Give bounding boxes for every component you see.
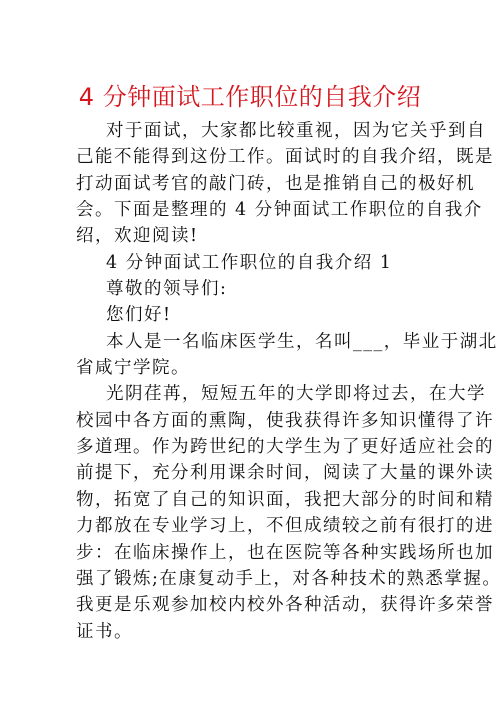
paragraph-line-intro-2: 己能不能得到这份工作。面试时的自我介绍，既是 <box>76 144 416 170</box>
greeting: 您们好! <box>76 302 416 328</box>
document-body: 对于面试，大家都比较重视，因为它关乎到自 己能不能得到这份工作。面试时的自我介绍… <box>76 118 416 645</box>
salutation: 尊敬的领导们: <box>76 276 416 302</box>
paragraph-line-study-9: 我更是乐观参加校内校外各种活动，获得许多荣誉 <box>76 592 416 618</box>
paragraph-line-study-5: 物，拓宽了自己的知识面，我把大部分的时间和精 <box>76 487 416 513</box>
paragraph-line-study-3: 多道理。作为跨世纪的大学生为了更好适应社会的 <box>76 434 416 460</box>
document-title: 4 分钟面试工作职位的自我介绍 <box>0 82 500 112</box>
paragraph-line-study-7: 步：在临床操作上，也在医院等各种实践场所也加 <box>76 540 416 566</box>
paragraph-line-self-2: 省咸宁学院。 <box>76 355 416 381</box>
section-heading: 4 分钟面试工作职位的自我介绍 1 <box>76 250 416 276</box>
paragraph-line-study-10: 证书。 <box>76 619 416 645</box>
paragraph-line-study-4: 前提下，充分利用课余时间，阅读了大量的课外读 <box>76 460 416 486</box>
paragraph-line-self-1: 本人是一名临床医学生，名叫___，毕业于湖北 <box>76 329 416 355</box>
paragraph-line-study-6: 力都放在专业学习上，不但成绩较之前有很打的进 <box>76 513 416 539</box>
paragraph-line-intro-4: 会。下面是整理的 4 分钟面试工作职位的自我介 <box>76 197 416 223</box>
paragraph-line-intro-5: 绍，欢迎阅读! <box>76 223 416 249</box>
paragraph-line-study-2: 校园中各方面的熏陶，使我获得许多知识懂得了许 <box>76 408 416 434</box>
document-page: 4 分钟面试工作职位的自我介绍 对于面试，大家都比较重视，因为它关乎到自 己能不… <box>0 0 500 707</box>
paragraph-line-intro-3: 打动面试考官的敲门砖，也是推销自己的极好机 <box>76 171 416 197</box>
paragraph-line-intro-1: 对于面试，大家都比较重视，因为它关乎到自 <box>76 118 416 144</box>
paragraph-line-study-8: 强了锻炼;在康复动手上，对各种技术的熟悉掌握。 <box>76 566 416 592</box>
paragraph-line-study-1: 光阴荏苒，短短五年的大学即将过去，在大学 <box>76 381 416 407</box>
